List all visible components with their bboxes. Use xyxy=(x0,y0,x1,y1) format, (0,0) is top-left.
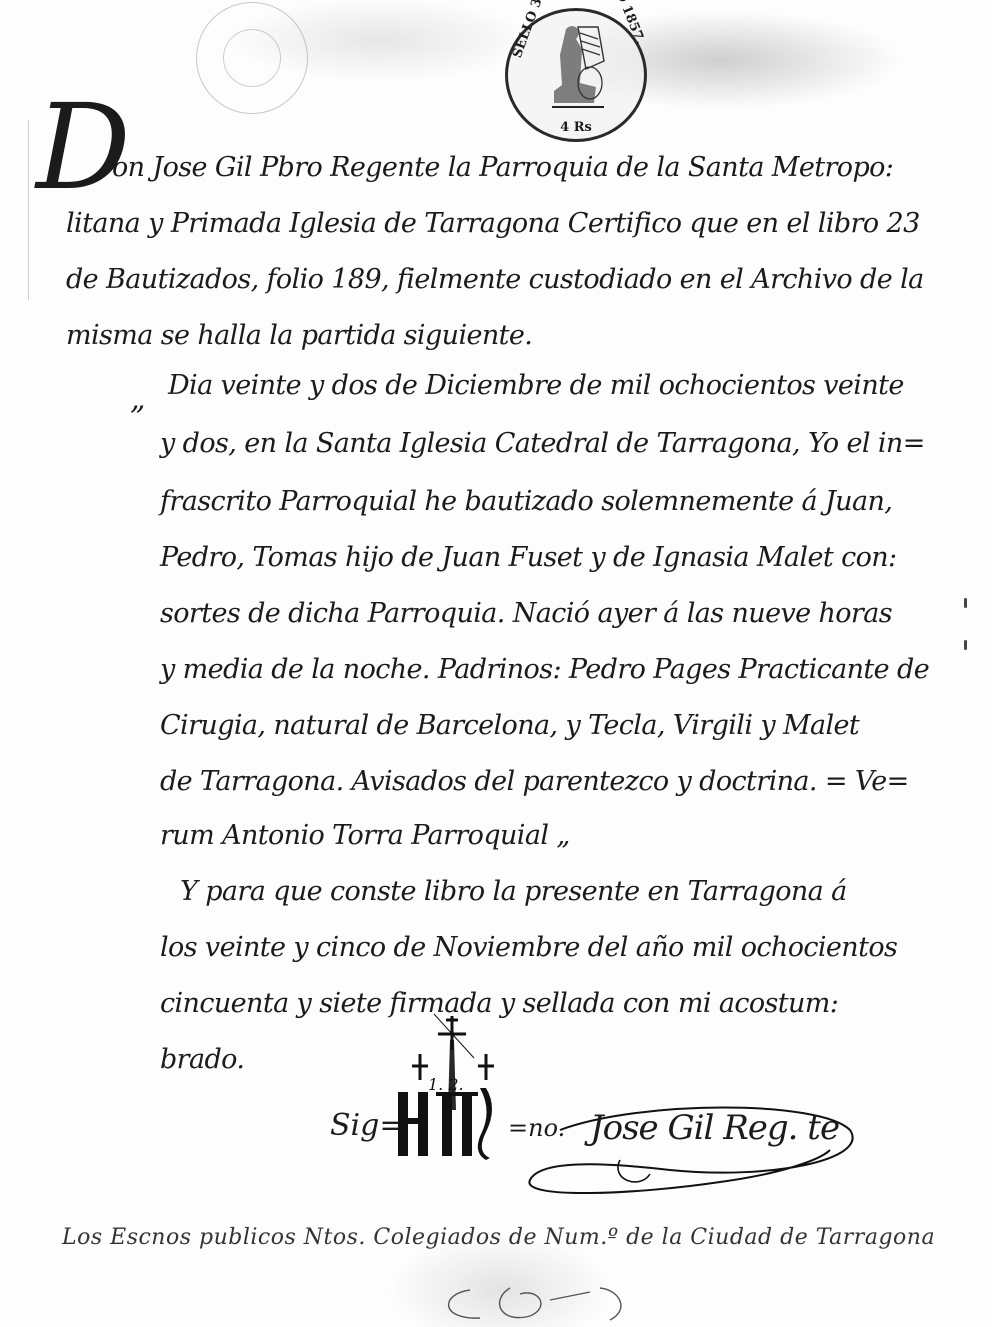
header-line-3: de Bautizados, folio 189, fielmente cust… xyxy=(66,264,924,295)
entry-line-1: Dia veinte y dos de Diciembre de mil och… xyxy=(168,370,904,401)
monogram-numbers: 1. 2. xyxy=(428,1075,464,1094)
entry-line-9: rum Antonio Torra Parroquial „ xyxy=(160,820,570,851)
stamp-right-text: AÑO 1857. xyxy=(605,0,648,47)
closing-line-4: brado. xyxy=(160,1044,244,1075)
header-line-1: on Jose Gil Pbro Regente la Parroquia de… xyxy=(112,152,893,183)
notary-line: Los Escnos publicos Ntos. Colegiados de … xyxy=(62,1225,935,1250)
seated-figure-icon xyxy=(548,21,606,113)
tax-stamp: SELLO 3º AÑO 1857. 4 Rs xyxy=(505,8,647,142)
faded-seal-icon xyxy=(196,2,308,114)
stamp-value: 4 Rs xyxy=(508,120,644,135)
entry-line-3: frascrito Parroquial he bautizado solemn… xyxy=(160,486,892,517)
open-quote: „ xyxy=(130,382,146,417)
entry-line-4: Pedro, Tomas hijo de Juan Fuset y de Ign… xyxy=(160,542,897,573)
edge-mark xyxy=(964,640,967,650)
scanned-page: SELLO 3º AÑO 1857. 4 Rs D on Jose Gil Pb… xyxy=(0,0,992,1327)
header-line-4: misma se halla la partida siguiente. xyxy=(66,320,532,351)
ihs-monogram-icon: 1. 2. xyxy=(390,1010,510,1160)
entry-line-8: de Tarragona. Avisados del parentezco y … xyxy=(160,766,909,797)
entry-line-7: Cirugia, natural de Barcelona, y Tecla, … xyxy=(160,710,859,741)
stamp-left-text: SELLO 3º xyxy=(510,0,548,60)
margin-line xyxy=(28,120,29,300)
header-line-2: litana y Primada Iglesia de Tarragona Ce… xyxy=(66,208,920,239)
entry-line-6: y media de la noche. Padrinos: Pedro Pag… xyxy=(160,654,929,685)
edge-mark xyxy=(964,598,967,608)
decorative-initial: D xyxy=(36,88,131,206)
entry-line-2: y dos, en la Santa Iglesia Catedral de T… xyxy=(160,428,925,459)
faded-seal-inner xyxy=(223,29,281,87)
entry-line-5: sortes de dicha Parroquia. Nació ayer á … xyxy=(160,598,892,629)
closing-line-1: Y para que conste libro la presente en T… xyxy=(180,876,847,907)
notary-flourish-icon xyxy=(440,1280,640,1325)
signature-name: Jose Gil Reg. te xyxy=(590,1108,839,1148)
closing-line-2: los veinte y cinco de Noviembre del año … xyxy=(160,932,897,963)
signature: Jose Gil Reg. te xyxy=(520,1090,880,1200)
